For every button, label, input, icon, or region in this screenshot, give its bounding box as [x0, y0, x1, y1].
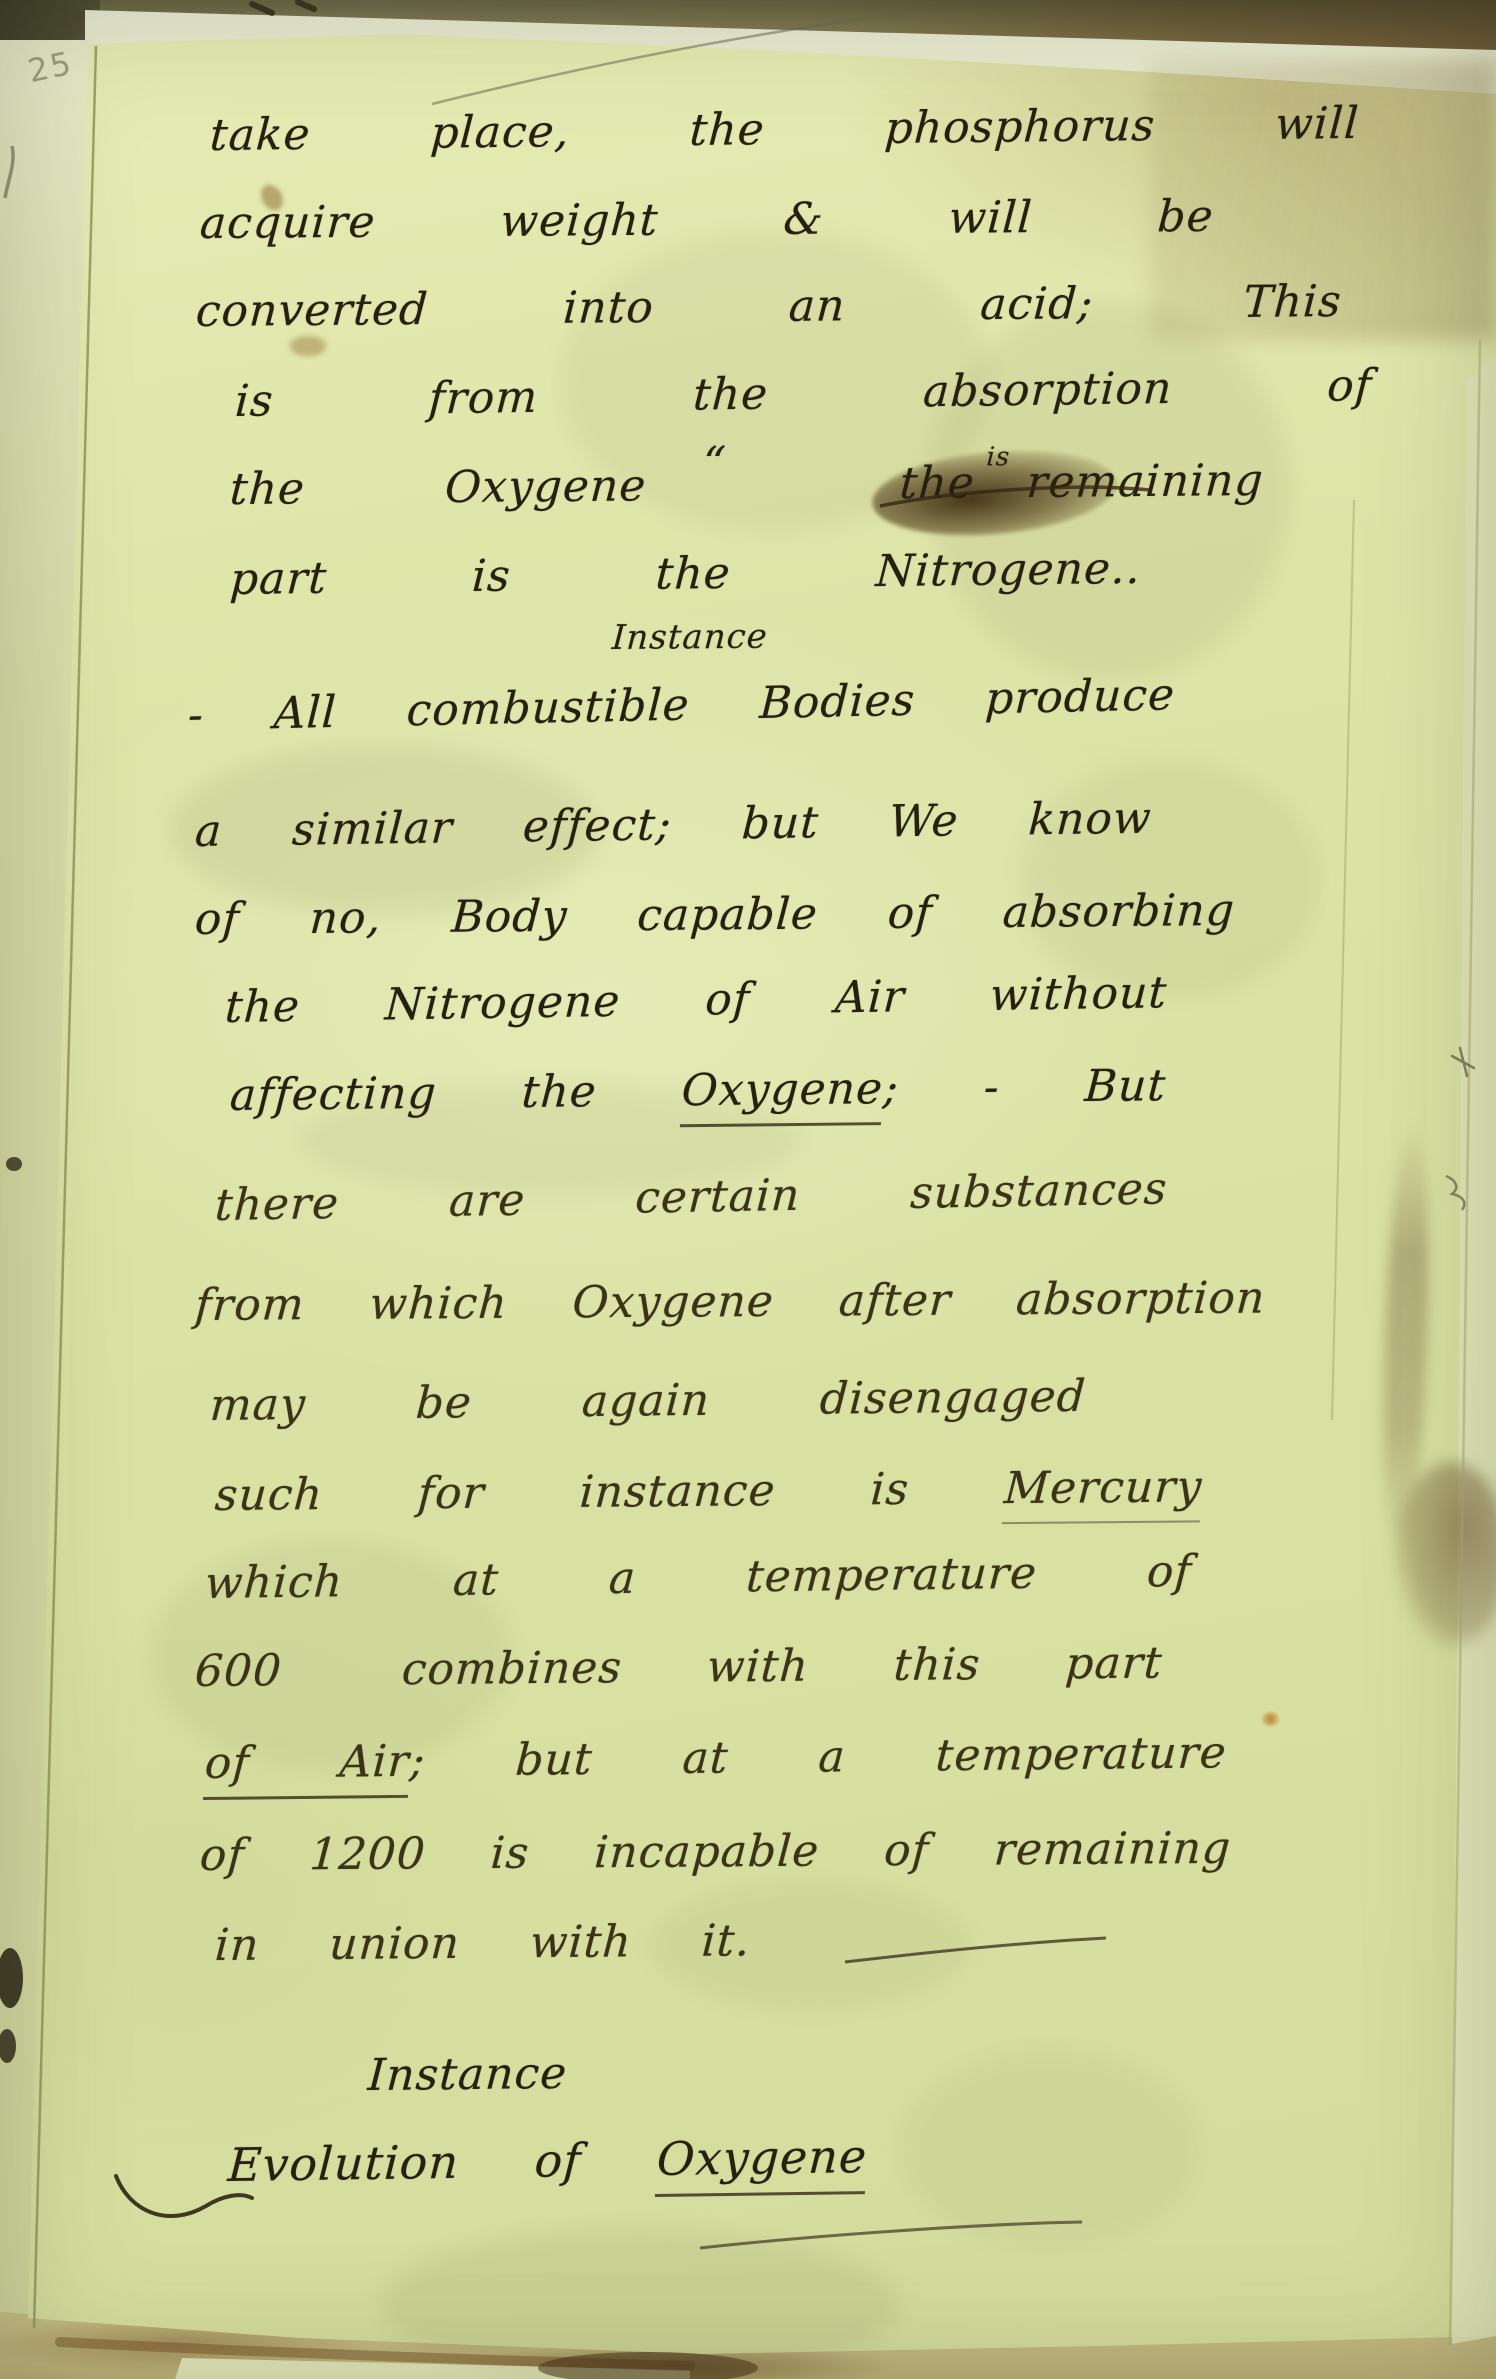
quote-mark: “ — [701, 438, 728, 489]
manuscript-photo: 25 take place, the phosphorus will acqui… — [0, 0, 1496, 2379]
manuscript-line: converted into an acid;This — [195, 278, 1344, 336]
manuscript-line: of Air; but at a temperature — [204, 1729, 1229, 1788]
manuscript-line: such for instance is Mercury — [214, 1463, 1204, 1520]
manuscript-line: in union with it. — [214, 1917, 752, 1970]
manuscript-line: 600combines with this part — [194, 1640, 1164, 1697]
manuscript-line: a similar effect; but We know — [194, 795, 1153, 857]
footer-line: Evolution of Oxygene — [227, 2131, 869, 2191]
manuscript-line: - All combustible Bodies produce — [187, 671, 1176, 740]
manuscript-line: acquire weight & will be — [198, 193, 1215, 248]
manuscript-text: take place, the phosphorus will acquire … — [0, 0, 1496, 2379]
manuscript-line: take place, the phosphorus will — [209, 100, 1361, 160]
manuscript-line: which at a temperature of — [204, 1548, 1194, 1608]
footer-note: Instance — [367, 2050, 569, 2101]
manuscript-line: affecting the Oxygene; - But — [229, 1062, 1168, 1120]
interlinear-note: Instance — [611, 619, 769, 658]
manuscript-line: from which Oxygene after absorption — [193, 1275, 1266, 1331]
blotted-word-space — [724, 498, 899, 500]
manuscript-line: may be again disengaged — [209, 1373, 1088, 1431]
manuscript-line: of 1200 is incapable of remaining — [198, 1825, 1232, 1881]
manuscript-line: is from the absorption of — [234, 362, 1374, 426]
inserted-word: is — [986, 443, 1012, 473]
manuscript-line: the Oxygene“theisremaining — [229, 457, 1266, 514]
manuscript-line: part is the Nitrogene.. — [229, 545, 1143, 605]
manuscript-line: there are certain substances — [214, 1165, 1169, 1230]
manuscript-line: the Nitrogene of Air without — [224, 969, 1169, 1032]
manuscript-line: of no, Body capable of absorbing — [194, 887, 1237, 944]
